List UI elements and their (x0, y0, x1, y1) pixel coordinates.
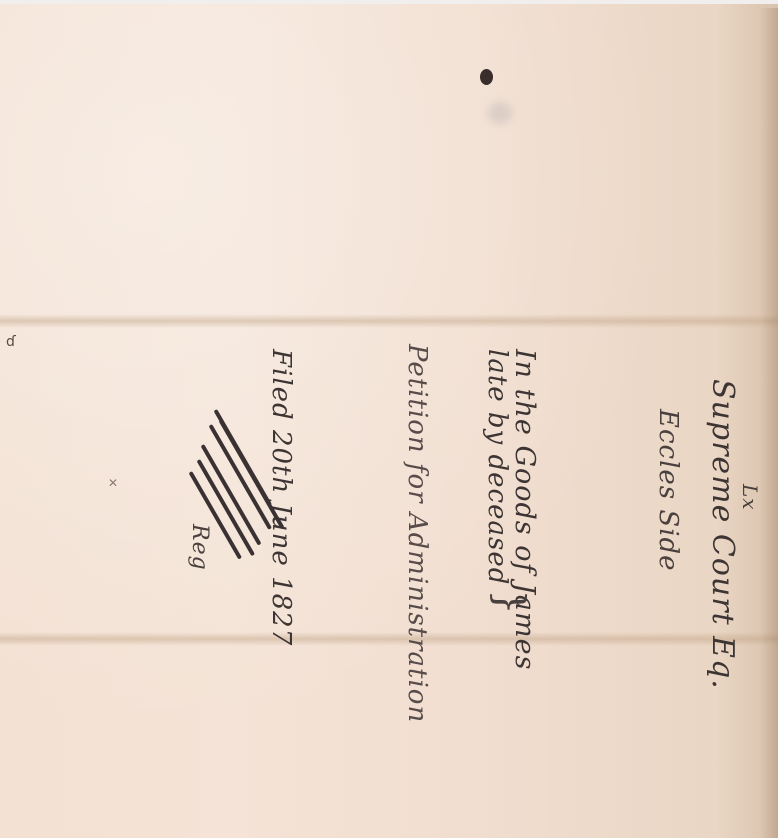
fold-line-lower (0, 632, 778, 646)
fold-line-upper (0, 314, 778, 328)
page-edge-shadow (760, 8, 778, 838)
court-subheading: Eccles Side (653, 409, 683, 572)
document-title: Petition for Administration (402, 344, 432, 723)
document-page: Supreme Court Eq. Lx Eccles Side In the … (0, 4, 778, 838)
cross-mark: ✕ (108, 476, 118, 490)
court-heading: Supreme Court Eq. (705, 379, 740, 690)
ink-spot (480, 69, 493, 85)
case-line-1: In the Goods of James (509, 349, 540, 670)
margin-mark: ɗ (6, 334, 16, 350)
corner-note: Lx (738, 484, 762, 511)
signature-title: Reg (187, 524, 212, 571)
smudge (488, 102, 512, 124)
bracket-mark: } (487, 589, 533, 614)
filed-date: Filed 20th June 1827 (266, 349, 296, 646)
case-line-2: late by deceased (482, 349, 512, 585)
